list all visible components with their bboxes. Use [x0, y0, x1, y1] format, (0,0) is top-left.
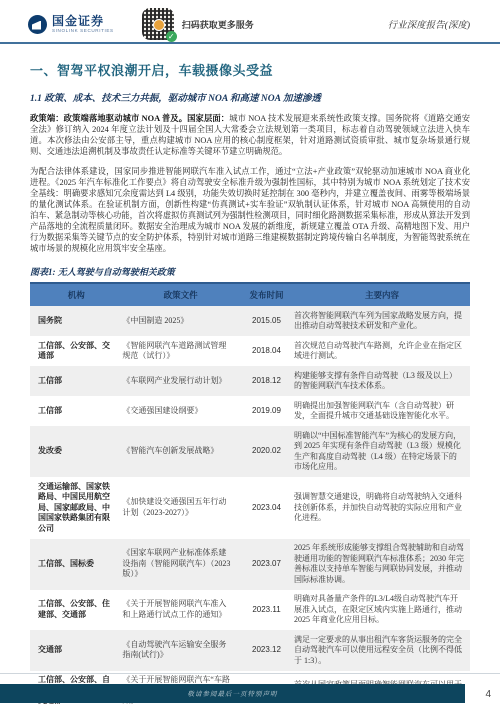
cell-agency: 国务院 — [30, 306, 122, 336]
cell-date: 2023.12 — [239, 630, 294, 671]
cell-agency: 工信部、公安部、住建部、交通部 — [30, 590, 122, 631]
brand-name-en: SINOLINK SECURITIES — [52, 29, 114, 34]
cell-policy: 《交通强国建设纲要》 — [122, 396, 239, 426]
sinolink-logo-icon — [28, 15, 47, 34]
cell-agency: 工信部、公安部、交通部 — [30, 336, 122, 366]
cell-date: 2018.12 — [239, 366, 294, 396]
section-title: 一、智驾平权浪潮开启，车载摄像头受益 — [30, 60, 470, 79]
policy-table-header: 机构 政策文件 发布时间 主要内容 — [30, 283, 470, 306]
table-row: 国务院 《中国制造 2025》 2015.05 首次将智能网联汽车列为国家战略发… — [30, 306, 470, 336]
cell-policy: 《中国制造 2025》 — [122, 306, 239, 336]
table-row: 工信部 《车联网产业发展行动计划》 2018.12 构建能够支撑有条件自动驾驶（… — [30, 366, 470, 396]
paragraph-standards: 为配合法律体系建设，国家同步推进智能网联汽车准入试点工作，通过“立法+产业政策”… — [30, 166, 470, 254]
table-row: 工信部、公安部、交通部 《智能网联汽车道路测试管理规范（试行）》 2018.04… — [30, 336, 470, 366]
qr-caption: 扫码获取更多服务 — [182, 18, 254, 31]
subsection-title: 1.1 政策、成本、技术三力共振，驱动城市 NOA 和高速 NOA 加速渗透 — [30, 90, 470, 104]
cell-agency: 工信部 — [30, 366, 122, 396]
cell-date: 2020.02 — [239, 426, 294, 477]
cell-content: 首次将智能网联汽车列为国家战略发展方向，提出推动自动驾驶技术研发和产业化。 — [294, 306, 470, 336]
cell-agency: 工信部、国标委 — [30, 539, 122, 590]
col-header-content: 主要内容 — [294, 283, 470, 306]
cell-date: 2023.04 — [239, 477, 294, 539]
cell-agency: 工信部 — [30, 396, 122, 426]
policy-table: 机构 政策文件 发布时间 主要内容 国务院 《中国制造 2025》 2015.0… — [30, 282, 470, 707]
table-row: 工信部 《交通强国建设纲要》 2019.09 明确提出加强智能网联汽车（含自动驾… — [30, 396, 470, 426]
table-row: 工信部、国标委 《国家车联网产业标准体系建设指南（智能网联汽车）（2023 版）… — [30, 539, 470, 590]
cell-date: 2019.09 — [239, 396, 294, 426]
report-type-label: 行业深度报告(深度) — [388, 17, 470, 31]
cell-policy: 《智能汽车创新发展战略》 — [122, 426, 239, 477]
brand-logo: 国金证券 SINOLINK SECURITIES — [28, 15, 114, 34]
cell-content: 首次规范自动驾驶汽车路测，允许企业在指定区域进行测试。 — [294, 336, 470, 366]
cell-policy: 《国家车联网产业标准体系建设指南（智能网联汽车）（2023 版）》 — [122, 539, 239, 590]
policy-table-body: 国务院 《中国制造 2025》 2015.05 首次将智能网联汽车列为国家战略发… — [30, 306, 470, 707]
cell-policy: 《智能网联汽车道路测试管理规范（试行）》 — [122, 336, 239, 366]
qr-code: ✓ — [142, 8, 174, 40]
col-header-policy: 政策文件 — [122, 283, 239, 306]
cell-content: 明确提出加强智能网联汽车（含自动驾驶）研发，全面提升城市交通基础设施智能化水平。 — [294, 396, 470, 426]
paragraph-lead-bold: 政策端：政策端落地驱动城市 NOA 普及。国家层面： — [30, 114, 229, 123]
col-header-date: 发布时间 — [239, 283, 294, 306]
page-header: 国金证券 SINOLINK SECURITIES ✓ 扫码获取更多服务 行业深度… — [0, 0, 500, 44]
cell-content: 构建能够支撑有条件自动驾驶（L3 级及以上）的智能网联汽车技术体系。 — [294, 366, 470, 396]
cell-date: 2015.05 — [239, 306, 294, 336]
col-header-agency: 机构 — [30, 283, 122, 306]
cell-date: 2018.04 — [239, 336, 294, 366]
cell-content: 强调智慧交通建设，明确将自动驾驶纳入交通科技创新体系，并加快自动驾驶的实际应用和… — [294, 477, 470, 539]
cell-content: 满足一定要求的从事出租汽车客货运服务的完全自动驾驶汽车可以使用远程安全员（比例不… — [294, 630, 470, 671]
cell-agency: 交通部 — [30, 630, 122, 671]
cell-date: 2023.11 — [239, 590, 294, 631]
cell-agency: 发改委 — [30, 426, 122, 477]
cell-content: 明确对具备量产条件的L3/L4级自动驾驶汽车开展准入试点，在限定区域内实施上路通… — [294, 590, 470, 631]
figure-title: 图表1: 无人驾驶与自动驾驶相关政策 — [30, 265, 470, 278]
table-row: 交通部 《自动驾驶汽车运输安全服务指南(试行)》 2023.12 满足一定要求的… — [30, 630, 470, 671]
brand-name-cn: 国金证券 — [52, 15, 114, 27]
cell-date: 2023.07 — [239, 539, 294, 590]
wechat-check-icon: ✓ — [166, 31, 177, 42]
footer-bar: 敬请参阅最后一页特别声明 — [0, 684, 465, 703]
report-page: 国金证券 SINOLINK SECURITIES ✓ 扫码获取更多服务 行业深度… — [0, 0, 500, 707]
cell-agency: 交通运输部、国家铁路局、中国民用航空局、国家邮政局、中国国家铁路集团有限公司 — [30, 477, 122, 539]
footer-disclaimer: 敬请参阅最后一页特别声明 — [188, 689, 278, 698]
cell-policy: 《加快建设交通强国五年行动计划（2023-2027）》 — [122, 477, 239, 539]
cell-policy: 《自动驾驶汽车运输安全服务指南(试行)》 — [122, 630, 239, 671]
cell-policy: 《关于开展智能网联汽车准入和上路通行试点工作的通知》 — [122, 590, 239, 631]
table-row: 发改委 《智能汽车创新发展战略》 2020.02 明确以“中国标准智能汽车”为核… — [30, 426, 470, 477]
table-row: 交通运输部、国家铁路局、中国民用航空局、国家邮政局、中国国家铁路集团有限公司 《… — [30, 477, 470, 539]
page-number: 4 — [485, 689, 491, 700]
page-content: 一、智驾平权浪潮开启，车载摄像头受益 1.1 政策、成本、技术三力共振，驱动城市… — [0, 60, 500, 707]
paragraph-policy: 政策端：政策端落地驱动城市 NOA 普及。国家层面：城市 NOA 技术发展迎来系… — [30, 113, 470, 157]
brand-text: 国金证券 SINOLINK SECURITIES — [52, 15, 114, 34]
footer-divider — [0, 673, 500, 674]
cell-content: 明确以“中国标准智能汽车”为核心的发展方向，到 2025 年实现有条件自动驾驶（… — [294, 426, 470, 477]
cell-policy: 《车联网产业发展行动计划》 — [122, 366, 239, 396]
cell-content: 2025 年系统形成能够支撑组合驾驶辅助和自动驾驶通用功能的智能网联汽车标准体系… — [294, 539, 470, 590]
table-row: 工信部、公安部、住建部、交通部 《关于开展智能网联汽车准入和上路通行试点工作的通… — [30, 590, 470, 631]
